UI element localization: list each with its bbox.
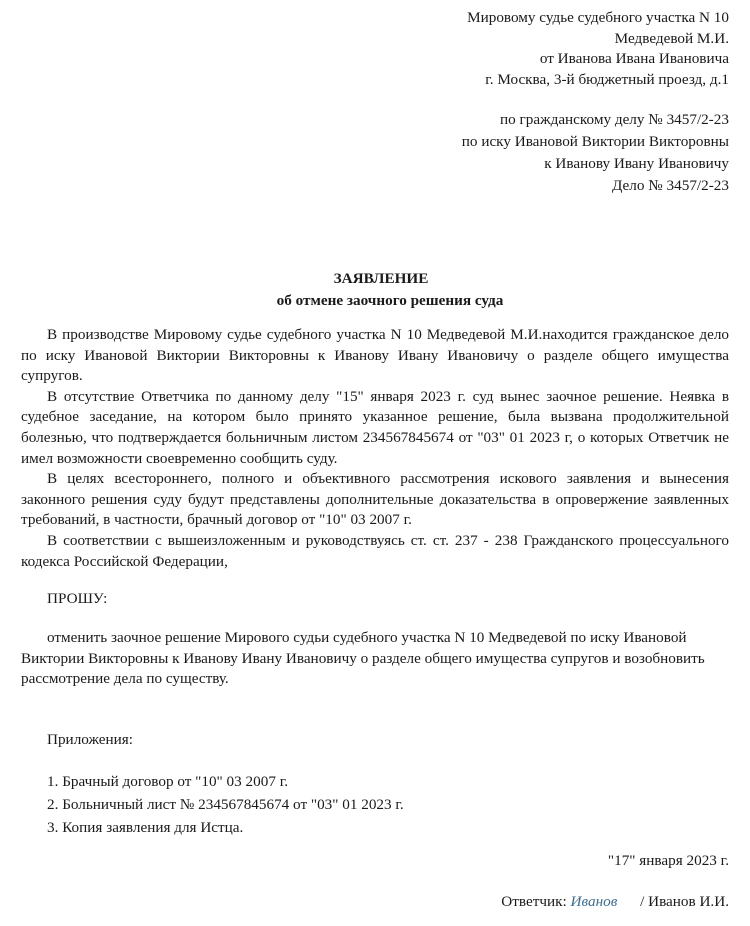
case-ref-line: Дело № 3457/2-23 bbox=[462, 175, 729, 197]
case-ref-line: к Иванову Ивану Ивановичу bbox=[462, 153, 729, 175]
paragraph: В соответствии с вышеизложенным и руково… bbox=[21, 531, 729, 572]
request-block: отменить заочное решение Мирового судьи … bbox=[21, 628, 729, 690]
signature-line: Ответчик: Иванов / Иванов И.И. bbox=[501, 893, 729, 911]
case-ref-line: по гражданскому делу № 3457/2-23 bbox=[462, 109, 729, 131]
attachments-list: 1. Брачный договор от "10" 03 2007 г. 2.… bbox=[21, 770, 729, 839]
addressee-block: Мировому судье судебного участка N 10 Ме… bbox=[467, 8, 729, 90]
title-main: ЗАЯВЛЕНИЕ bbox=[0, 268, 750, 290]
body-text: В производстве Мировому судье судебного … bbox=[21, 325, 729, 572]
addressee-line: от Иванова Ивана Ивановича bbox=[467, 49, 729, 70]
addressee-line: Медведевой М.И. bbox=[467, 29, 729, 50]
paragraph: В отсутствие Ответчика по данному делу "… bbox=[21, 387, 729, 469]
case-reference-block: по гражданскому делу № 3457/2-23 по иску… bbox=[462, 109, 729, 197]
attachments-heading: Приложения: bbox=[21, 730, 729, 751]
title-subtitle: об отмене заочного решения суда bbox=[0, 290, 750, 312]
attachment-item: 1. Брачный договор от "10" 03 2007 г. bbox=[21, 770, 729, 793]
signer-name: / Иванов И.И. bbox=[640, 893, 729, 910]
paragraph: В производстве Мировому судье судебного … bbox=[21, 325, 729, 387]
addressee-line: г. Москва, 3-й бюджетный проезд, д.1 bbox=[467, 70, 729, 91]
signature: Иванов bbox=[571, 893, 618, 910]
attachments-heading-block: Приложения: bbox=[21, 730, 729, 751]
request-text: отменить заочное решение Мирового судьи … bbox=[21, 628, 729, 690]
signer-label: Ответчик: bbox=[501, 893, 566, 910]
attachment-item: 2. Больничный лист № 234567845674 от "03… bbox=[21, 793, 729, 816]
request-heading-block: ПРОШУ: bbox=[21, 589, 729, 610]
paragraph: В целях всестороннего, полного и объекти… bbox=[21, 469, 729, 531]
attachment-item: 3. Копия заявления для Истца. bbox=[21, 816, 729, 839]
document-date: "17" января 2023 г. bbox=[608, 852, 729, 870]
case-ref-line: по иску Ивановой Виктории Викторовны bbox=[462, 131, 729, 153]
request-heading: ПРОШУ: bbox=[21, 589, 729, 610]
document-title: ЗАЯВЛЕНИЕ об отмене заочного решения суд… bbox=[0, 268, 750, 312]
addressee-line: Мировому судье судебного участка N 10 bbox=[467, 8, 729, 29]
